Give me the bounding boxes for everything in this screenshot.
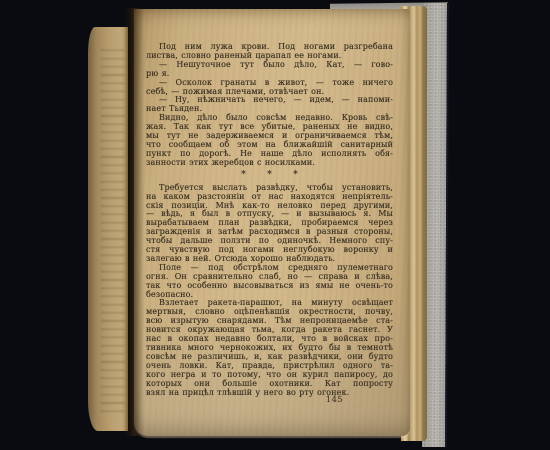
- paragraph: — Ну, нѣжничать нечего, — идем, — напоми…: [146, 96, 393, 114]
- book-photograph: Под ним лужа крови. Под ногами разгребан…: [0, 0, 550, 450]
- paragraph: Взлетает ракета-парашют, на минуту освѣщ…: [146, 299, 393, 397]
- section-separator: * * *: [146, 171, 393, 180]
- text-line: взял на прицѣл тлѣвшій у него во рту ого…: [146, 389, 393, 398]
- paragraph: Под ним лужа крови. Под ногами разгребан…: [146, 43, 393, 61]
- paragraph: Требуется выслать развѣдку, чтобы устано…: [146, 184, 393, 264]
- page-text: Под ним лужа крови. Под ногами разгребан…: [146, 43, 393, 397]
- paragraph: Видно, дѣло было совсѣм недавно. Кровь с…: [146, 114, 393, 167]
- text-line: — Нешуточное тут было дѣло, Кат, — гово-: [146, 61, 393, 70]
- text-line: занности этих жеребцов с носилками.: [146, 159, 393, 168]
- paragraph: — Осколок гранаты в живот, — тоже ничего…: [146, 79, 393, 97]
- paragraph: Поле — под обстрѣлом средняго пулеметнаг…: [146, 264, 393, 300]
- gutter-shadow: [124, 8, 144, 436]
- page-number: 145: [326, 395, 343, 404]
- paragraph: — Нешуточное тут было дѣло, Кат, — гово-…: [146, 61, 393, 79]
- book-page: Под ним лужа крови. Под ногами разгребан…: [134, 9, 410, 436]
- facing-page-sliver: [88, 27, 128, 431]
